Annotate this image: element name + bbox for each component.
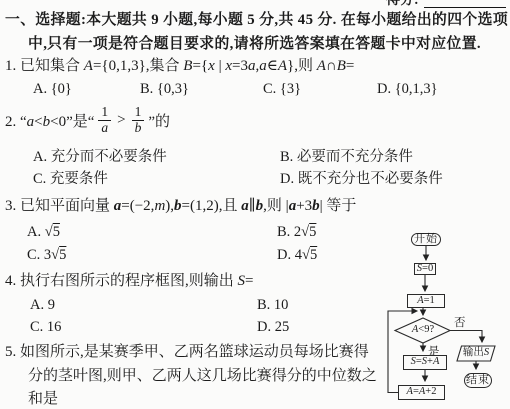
q5-line2: 分的茎叶图,则甲、乙两人这几场比赛得分的中位数之	[28, 368, 377, 385]
q4-option-d: D. 25	[257, 319, 289, 335]
q4-stem: 4. 执行右图所示的程序框图,则输出 S=	[5, 273, 253, 290]
q1-option-a: A. {0}	[33, 81, 72, 97]
loop-back-line	[388, 311, 417, 393]
q2-option-b: B. 必要而不充分条件	[280, 149, 413, 165]
fraction-1-over-b: 1b	[132, 105, 145, 135]
flowchart-condition-text: A<9?	[397, 325, 449, 336]
flowchart-start-node: 开始	[411, 233, 441, 246]
flowchart-output-text: 输出S	[459, 347, 493, 360]
q5-line1: 5. 如图所示,是某赛季甲、乙两名篮球运动员每场比赛得	[5, 344, 369, 361]
section-header-line2: 中,只有一项是符合题目要求的,请将所选答案填在答题卡中对应位置.	[28, 36, 481, 53]
arrow-no-branch	[450, 331, 482, 343]
q2-option-c: C. 充要条件	[33, 171, 108, 187]
score-label: 得分:	[386, 0, 419, 9]
exam-page: 得分: 一、选择题:本大题共 9 小题,每小题 5 分,共 45 分. 在每小题…	[0, 0, 510, 409]
flowchart-s0-node: S=0	[414, 263, 436, 275]
q3-option-a: A. √5	[27, 224, 60, 240]
greater-than-sign: >	[117, 112, 125, 129]
flowchart-increment-node: A=A+2	[398, 385, 445, 400]
flowchart-no-label: 否	[454, 314, 466, 330]
flowchart-accumulate-node: S=S+A	[403, 355, 447, 370]
fraction-1-over-a: 1a	[98, 105, 111, 135]
q4-option-b: B. 10	[257, 297, 288, 313]
q2-option-a: A. 充分而不必要条件	[33, 149, 167, 165]
q4-option-a: A. 9	[30, 297, 55, 313]
q2-stem-suffix: ”的	[148, 110, 170, 131]
q4-option-c: C. 16	[30, 319, 61, 335]
q1-option-b: B. {0,3}	[140, 81, 189, 97]
q3-option-c: C. 3√5	[27, 247, 66, 263]
q1-option-c: C. {3}	[263, 81, 301, 97]
q2-stem-prefix: 2. “a<b<0”是“	[5, 110, 94, 131]
q2-option-d: D. 既不充分也不必要条件	[280, 171, 443, 187]
q1-option-d: D. {0,1,3}	[377, 81, 438, 97]
q3-option-d: D. 4√5	[277, 247, 317, 263]
q3-option-b: B. 2√5	[277, 224, 316, 240]
flowchart-end-node: 结束	[464, 373, 492, 388]
flowchart-a1-node: A=1	[407, 294, 445, 308]
q2-stem: 2. “a<b<0”是“ 1a > 1b ”的	[5, 104, 170, 137]
q3-stem: 3. 已知平面向量 a=(−2,m),b=(1,2),且 a∥b,则 |a+3b…	[5, 198, 356, 215]
score-blank-line	[424, 7, 506, 8]
q5-line3: 和是	[28, 391, 58, 408]
program-flowchart: 开始 S=0 A=1 A<9? 否 是 S=S+A A=A+2 输出S 结束	[383, 230, 510, 409]
q1-stem: 1. 已知集合 A={0,1,3},集合 B={x | x=3a,a∈A},则 …	[5, 58, 354, 75]
section-header-line1: 一、选择题:本大题共 9 小题,每小题 5 分,共 45 分. 在每小题给出的四…	[5, 12, 508, 29]
